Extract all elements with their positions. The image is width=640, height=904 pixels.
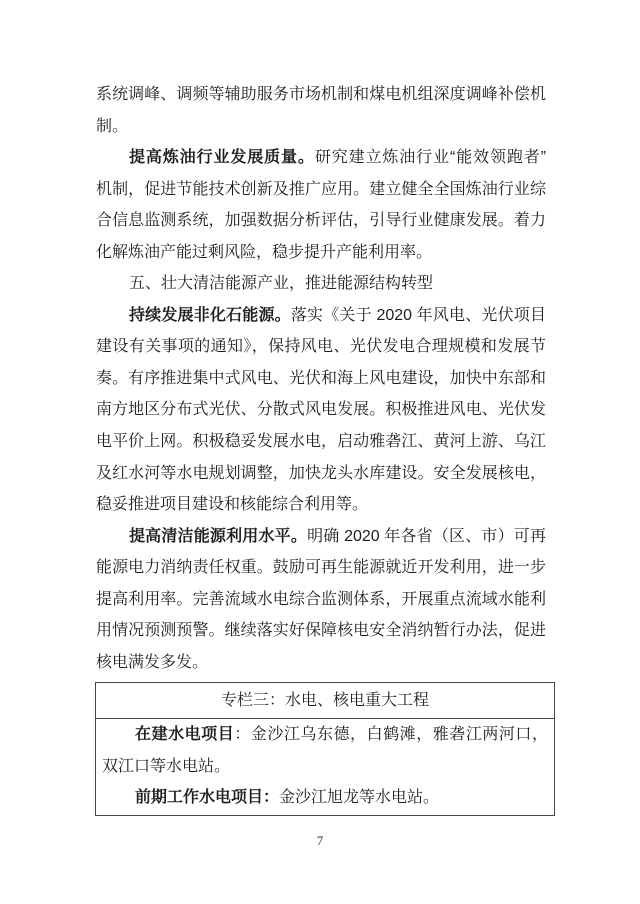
line-text: 制。 xyxy=(96,118,128,135)
text-line: 及红水河等水电规划调整，加快龙头水库建设。安全发展核电， xyxy=(96,458,546,490)
line-text: 核电满发多发。 xyxy=(96,654,208,671)
text-line: 五、壮大清洁能源产业，推进能源结构转型 xyxy=(96,268,546,300)
page-number: 7 xyxy=(0,833,640,849)
line-text: 合信息监测系统，加强数据分析评估，引导行业健康发展。着力 xyxy=(96,212,546,229)
text-line: 前期工作水电项目：金沙江旭龙等水电站。 xyxy=(102,782,548,814)
text-line: 持续发展非化石能源。落实《关于 2020 年风电、光伏项目 xyxy=(96,300,546,332)
text-line: 提高炼油行业发展质量。研究建立炼油行业“能效领跑者” xyxy=(96,142,546,174)
text-line: 稳妥推进项目建设和核能综合利用等。 xyxy=(96,489,546,521)
paragraph-lead: 在建水电项目 xyxy=(135,726,234,743)
document-page: 系统调峰、调频等辅助服务市场机制和煤电机组深度调峰补偿机制。提高炼油行业发展质量… xyxy=(0,0,640,904)
line-text: 稳妥推进项目建设和核能综合利用等。 xyxy=(96,496,368,513)
paragraph-lead: 提高清洁能源利用水平。 xyxy=(129,528,307,545)
line-text: 能源电力消纳责任权重。鼓励可再生能源就近开发利用，进一步 xyxy=(96,559,546,576)
text-line: 建设有关事项的通知》，保持风电、光伏发电合理规模和发展节 xyxy=(96,331,546,363)
text-line: 提高利用率。完善流域水电综合监测体系，开展重点流域水能利 xyxy=(96,584,546,616)
text-line: 南方地区分布式光伏、分散式风电发展。积极推进风电、光伏发 xyxy=(96,394,546,426)
line-text: 建设有关事项的通知》，保持风电、光伏发电合理规模和发展节 xyxy=(96,338,546,355)
line-text: 双江口等水电站。 xyxy=(102,758,230,775)
line-text: 及红水河等水电规划调整，加快龙头水库建设。安全发展核电， xyxy=(96,465,546,482)
line-text: 提高利用率。完善流域水电综合监测体系，开展重点流域水能利 xyxy=(96,591,546,608)
text-line: 电平价上网。积极稳妥发展水电，启动雅砻江、黄河上游、乌江 xyxy=(96,426,546,458)
text-line: 机制，促进节能技术创新及推广应用。建立健全全国炼油行业综 xyxy=(96,174,546,206)
text-line: 制。 xyxy=(96,111,546,143)
line-text: 落实《关于 2020 年风电、光伏项目 xyxy=(291,307,546,324)
line-text: 用情况预测预警。继续落实好保障核电安全消纳暂行办法，促进 xyxy=(96,622,546,639)
callout-box: 专栏三：水电、核电重大工程 在建水电项目：金沙江乌东德，白鹤滩，雅砻江两河口，大… xyxy=(95,682,555,816)
text-line: 化解炼油产能过剩风险，稳步提升产能利用率。 xyxy=(96,237,546,269)
text-line: 核电满发多发。 xyxy=(96,647,546,679)
line-text: 南方地区分布式光伏、分散式风电发展。积极推进风电、光伏发 xyxy=(96,401,546,418)
paragraph-lead: 前期工作水电项目： xyxy=(135,789,279,806)
line-text: 机制，促进节能技术创新及推广应用。建立健全全国炼油行业综 xyxy=(96,181,546,198)
text-line: 提高清洁能源利用水平。明确 2020 年各省（区、市）可再生 xyxy=(96,521,546,553)
text-line: 系统调峰、调频等辅助服务市场机制和煤电机组深度调峰补偿机 xyxy=(96,79,546,111)
line-text: 研究建立炼油行业“能效领跑者” xyxy=(315,149,546,166)
callout-box-title: 专栏三：水电、核电重大工程 xyxy=(96,683,554,719)
text-line: 用情况预测预警。继续落实好保障核电安全消纳暂行办法，促进 xyxy=(96,615,546,647)
body-text: 系统调峰、调频等辅助服务市场机制和煤电机组深度调峰补偿机制。提高炼油行业发展质量… xyxy=(96,79,546,678)
text-line: 在建水电项目：金沙江乌东德，白鹤滩，雅砻江两河口，大渡河 xyxy=(102,719,548,751)
line-text: 金沙江旭龙等水电站。 xyxy=(279,789,439,806)
text-line: 能源电力消纳责任权重。鼓励可再生能源就近开发利用，进一步 xyxy=(96,552,546,584)
line-text: 化解炼油产能过剩风险，稳步提升产能利用率。 xyxy=(96,244,432,261)
text-line: 双江口等水电站。 xyxy=(102,751,548,783)
line-text: 电平价上网。积极稳妥发展水电，启动雅砻江、黄河上游、乌江 xyxy=(96,433,546,450)
paragraph-lead: 持续发展非化石能源。 xyxy=(129,307,291,324)
text-line: 合信息监测系统，加强数据分析评估，引导行业健康发展。着力 xyxy=(96,205,546,237)
callout-box-body: 在建水电项目：金沙江乌东德，白鹤滩，雅砻江两河口，大渡河双江口等水电站。前期工作… xyxy=(96,719,554,815)
line-text: 奏。有序推进集中式风电、光伏和海上风电建设，加快中东部和 xyxy=(96,370,546,387)
text-line: 奏。有序推进集中式风电、光伏和海上风电建设，加快中东部和 xyxy=(96,363,546,395)
paragraph-lead: 提高炼油行业发展质量。 xyxy=(129,149,315,166)
line-text: 五、壮大清洁能源产业，推进能源结构转型 xyxy=(129,275,433,292)
line-text: 系统调峰、调频等辅助服务市场机制和煤电机组深度调峰补偿机 xyxy=(96,86,546,103)
